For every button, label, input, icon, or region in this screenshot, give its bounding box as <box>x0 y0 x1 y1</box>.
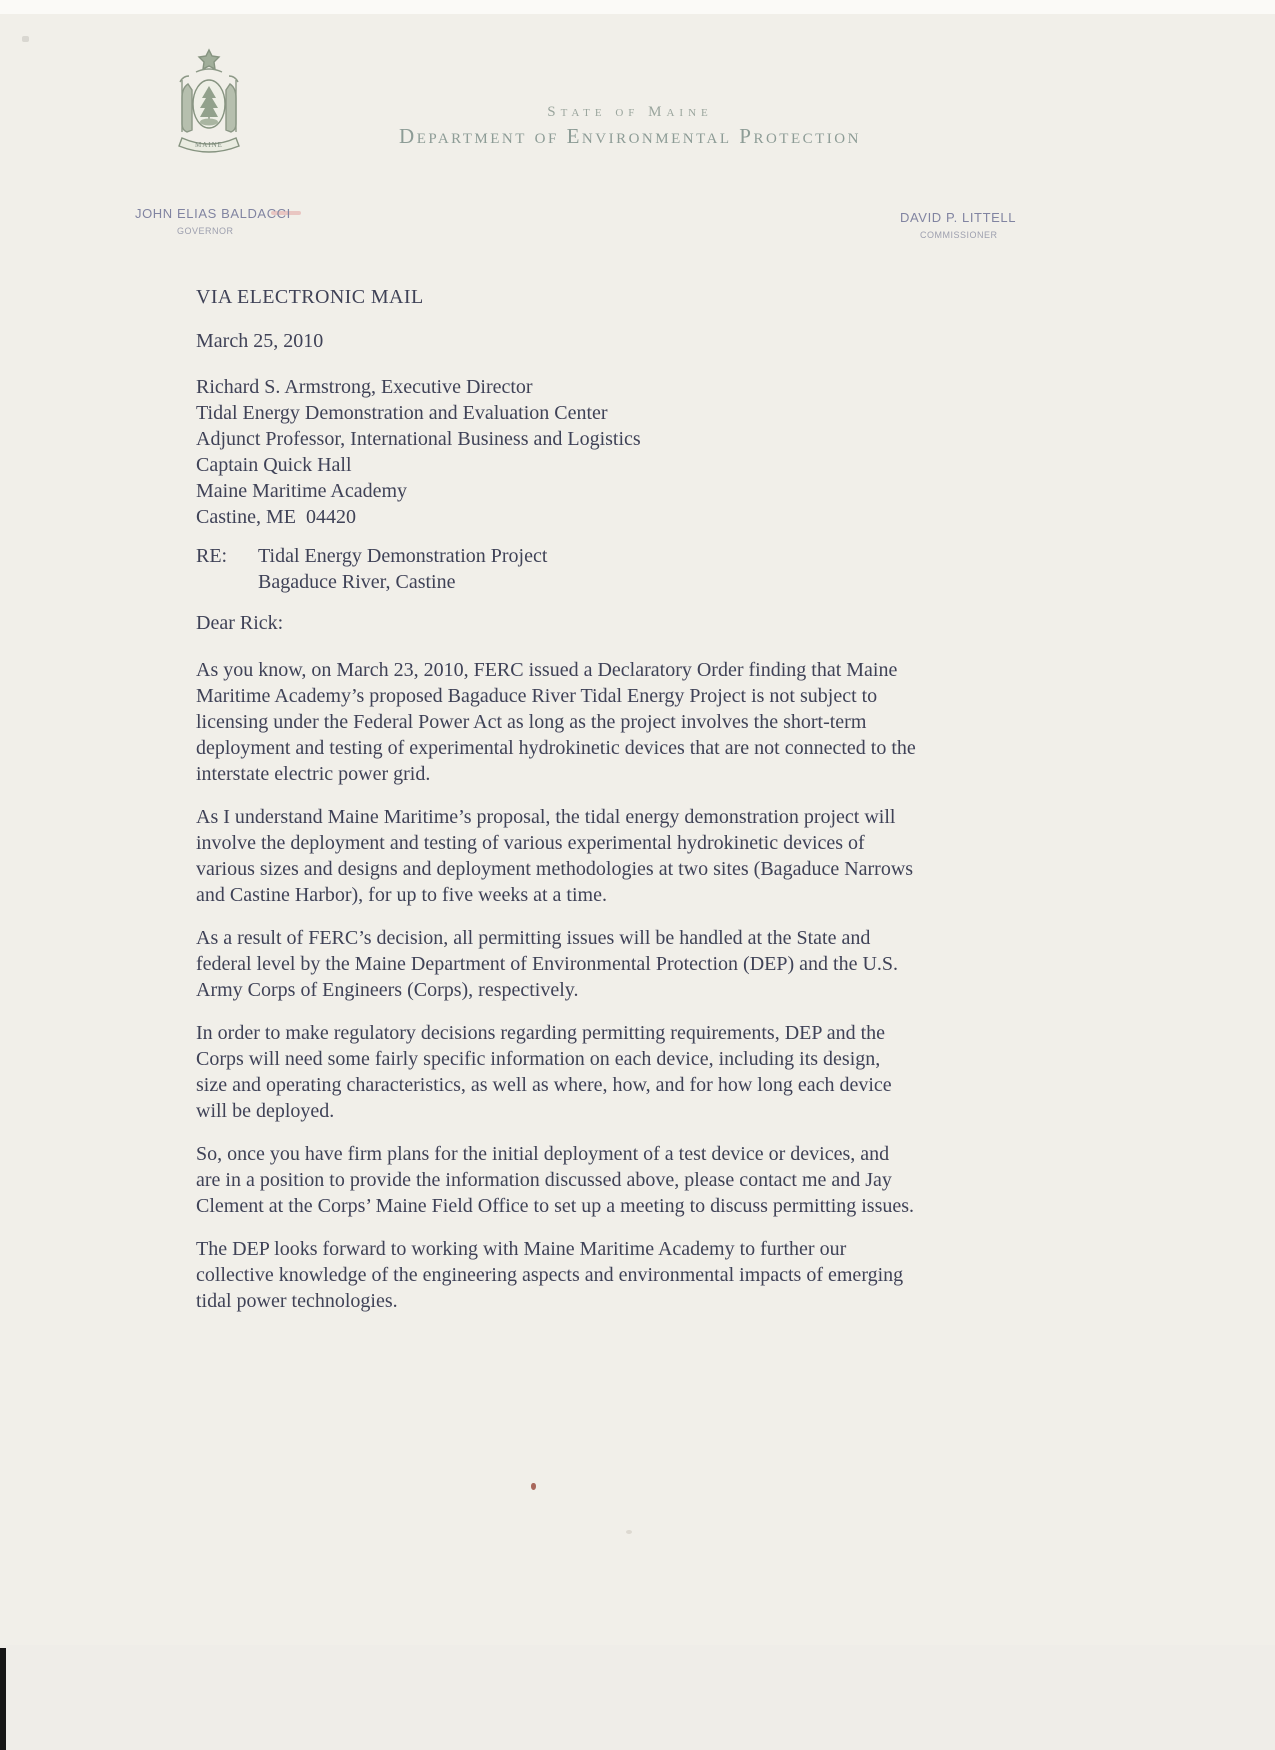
paragraph-2: As I understand Maine Maritime’s proposa… <box>196 804 1096 908</box>
letter-date: March 25, 2010 <box>196 328 1096 354</box>
recipient-address: Richard S. Armstrong, Executive Director… <box>196 374 1096 530</box>
commissioner-block: DAVID P. LITTELL COMMISSIONER <box>900 210 1016 240</box>
letterhead: State of Maine Department of Environment… <box>300 104 960 149</box>
svg-text:MAINE: MAINE <box>195 141 223 149</box>
governor-title: GOVERNOR <box>135 226 291 236</box>
re-subject: Tidal Energy Demonstration Project Bagad… <box>258 543 547 595</box>
scan-edge-artifact <box>0 1648 6 1750</box>
commissioner-name: DAVID P. LITTELL <box>900 210 1016 225</box>
re-label: RE: <box>196 543 258 595</box>
paragraph-1: As you know, on March 23, 2010, FERC iss… <box>196 657 1096 787</box>
scan-speck <box>626 1530 632 1534</box>
paragraph-5: So, once you have firm plans for the ini… <box>196 1141 1096 1219</box>
letter-body: VIA ELECTRONIC MAIL March 25, 2010 Richa… <box>196 284 1096 1331</box>
scan-bottom-band <box>0 1645 1275 1750</box>
scan-speck <box>531 1483 536 1490</box>
governor-name: JOHN ELIAS BALDACCI <box>135 206 291 221</box>
letterhead-department-line: Department of Environmental Protection <box>300 124 960 149</box>
paragraph-4: In order to make regulatory decisions re… <box>196 1020 1096 1124</box>
paragraph-3: As a result of FERC’s decision, all perm… <box>196 925 1096 1003</box>
scanned-letter-page: MAINE State of Maine Department of Envir… <box>0 0 1275 1750</box>
governor-block: JOHN ELIAS BALDACCI GOVERNOR <box>135 206 291 236</box>
maine-state-seal-icon: MAINE <box>166 46 252 162</box>
commissioner-title: COMMISSIONER <box>900 230 1016 240</box>
salutation: Dear Rick: <box>196 610 1096 636</box>
letterhead-state-line: State of Maine <box>300 104 960 121</box>
scan-edge-band <box>0 0 1275 14</box>
re-line: RE: Tidal Energy Demonstration Project B… <box>196 543 1096 595</box>
paragraph-6: The DEP looks forward to working with Ma… <box>196 1236 1096 1314</box>
delivery-method-line: VIA ELECTRONIC MAIL <box>196 284 1096 310</box>
scan-speck <box>22 36 29 42</box>
